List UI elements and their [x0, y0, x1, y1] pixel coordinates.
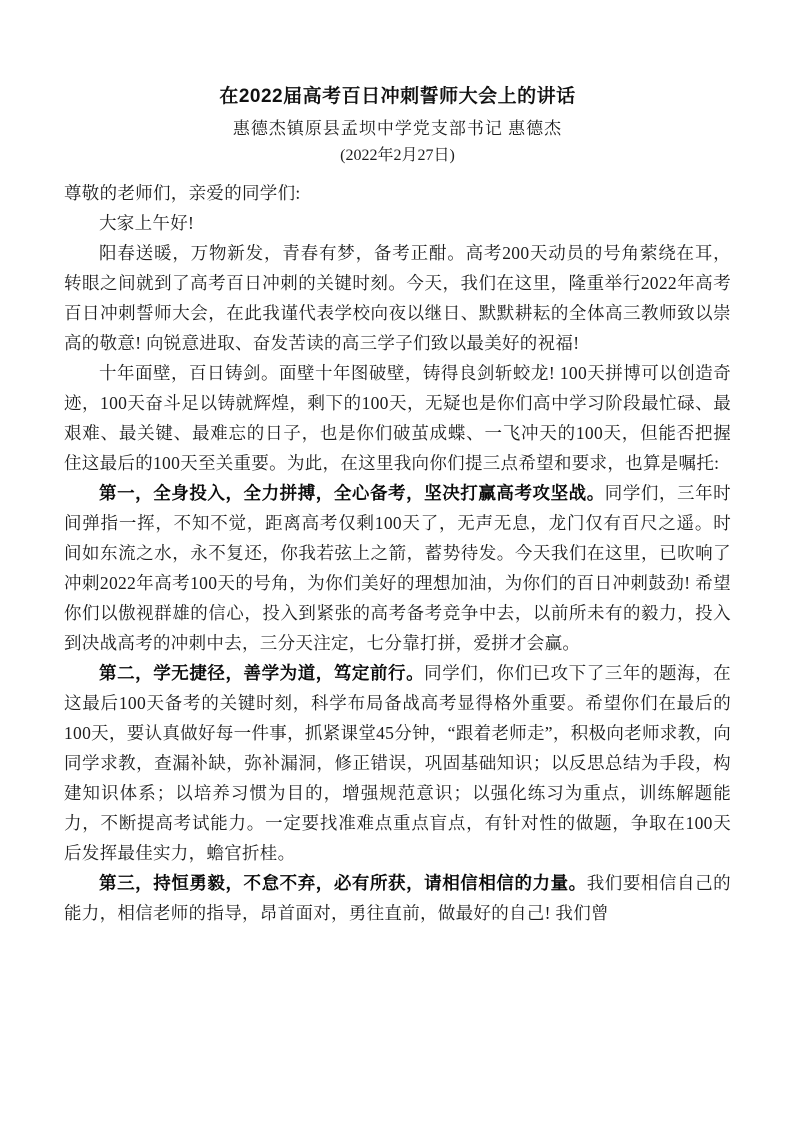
greeting-paragraph: 大家上午好!	[64, 208, 731, 238]
body-paragraph: 十年面壁，百日铸剑。面壁十年图破壁，铸得良剑斩蛟龙! 100天拼博可以创造奇迹，…	[64, 358, 731, 478]
paragraph-text: 大家上午好!	[99, 213, 194, 233]
document-page: 在2022届高考百日冲刺誓师大会上的讲话 惠德杰镇原县孟坝中学党支部书记 惠德杰…	[0, 0, 793, 1122]
body-paragraph: 阳春送暖，万物新发，青春有梦，备考正酣。高考200天动员的号角萦绕在耳，转眼之间…	[64, 238, 731, 358]
paragraph-lead: 第三，持恒勇毅，不怠不弃，必有所获，请相信相信的力量。	[99, 873, 587, 893]
paragraph-text: 同学们，你们已攻下了三年的题海，在这最后100天备考的关键时刻，科学布局备战高考…	[64, 663, 731, 863]
salutation-paragraph: 尊敬的老师们，亲爱的同学们:	[64, 178, 731, 208]
paragraph-text: 同学们，三年时间弹指一挥，不知不觉，距离高考仅剩100天了，无声无息，龙门仅有百…	[64, 483, 731, 653]
date-line: (2022年2月27日)	[64, 144, 731, 168]
paragraph-text: 阳春送暖，万物新发，青春有梦，备考正酣。高考200天动员的号角萦绕在耳，转眼之间…	[64, 243, 731, 353]
document-body: 尊敬的老师们，亲爱的同学们: 大家上午好! 阳春送暖，万物新发，青春有梦，备考正…	[64, 178, 731, 928]
paragraph-lead: 第一，全身投入，全力拼搏，全心备考，坚决打赢高考攻坚战。	[99, 483, 605, 503]
byline: 惠德杰镇原县孟坝中学党支部书记 惠德杰	[64, 116, 731, 142]
paragraph-text: 尊敬的老师们，亲爱的同学们:	[64, 183, 301, 203]
body-paragraph-point-2: 第二，学无捷径，善学为道，笃定前行。同学们，你们已攻下了三年的题海，在这最后10…	[64, 658, 731, 868]
paragraph-lead: 第二，学无捷径，善学为道，笃定前行。	[99, 663, 424, 683]
body-paragraph-point-1: 第一，全身投入，全力拼搏，全心备考，坚决打赢高考攻坚战。同学们，三年时间弹指一挥…	[64, 478, 731, 658]
body-paragraph-point-3: 第三，持恒勇毅，不怠不弃，必有所获，请相信相信的力量。我们要相信自己的能力，相信…	[64, 868, 731, 928]
paragraph-text: 十年面壁，百日铸剑。面壁十年图破壁，铸得良剑斩蛟龙! 100天拼博可以创造奇迹，…	[64, 363, 731, 473]
page-title: 在2022届高考百日冲刺誓师大会上的讲话	[64, 84, 731, 110]
